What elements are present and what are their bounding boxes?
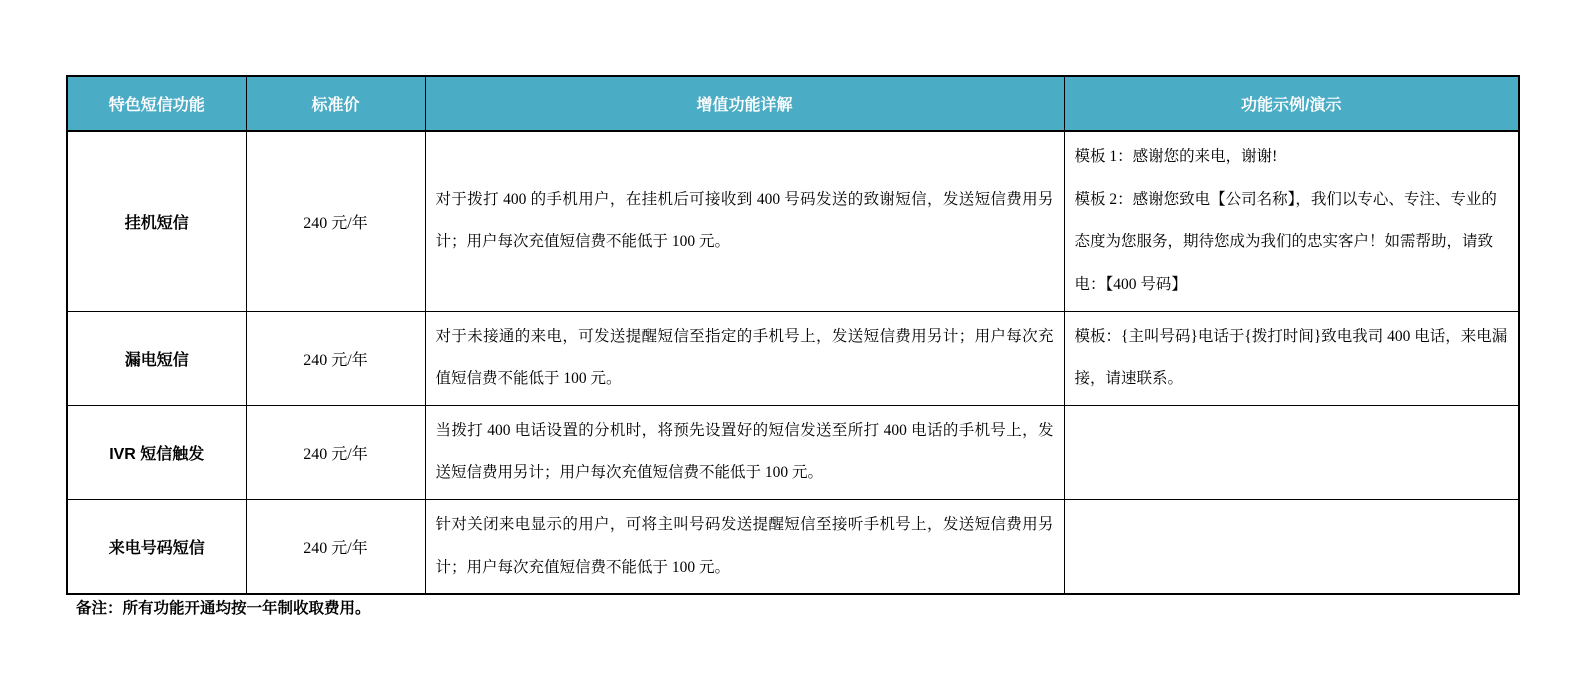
feature-detail: 对于拨打 400 的手机用户，在挂机后可接收到 400 号码发送的致谢短信，发送… <box>425 131 1064 311</box>
price-value: 240 元/年 <box>246 405 425 499</box>
feature-name: IVR 短信触发 <box>67 405 246 499</box>
feature-example: 模板 1：感谢您的来电，谢谢! 模板 2：感谢您致电【公司名称】，我们以专心、专… <box>1064 131 1519 311</box>
feature-detail: 对于未接通的来电，可发送提醒短信至指定的手机号上，发送短信费用另计；用户每次充值… <box>425 311 1064 405</box>
table-row: 漏电短信 240 元/年 对于未接通的来电，可发送提醒短信至指定的手机号上，发送… <box>67 311 1519 405</box>
price-value: 240 元/年 <box>246 131 425 311</box>
feature-detail: 当拨打 400 电话设置的分机时，将预先设置好的短信发送至所打 400 电话的手… <box>425 405 1064 499</box>
table-row: 挂机短信 240 元/年 对于拨打 400 的手机用户，在挂机后可接收到 400… <box>67 131 1519 311</box>
feature-name: 来电号码短信 <box>67 500 246 595</box>
table-row: IVR 短信触发 240 元/年 当拨打 400 电话设置的分机时，将预先设置好… <box>67 405 1519 499</box>
feature-example: 模板：{主叫号码}电话于{拨打时间}致电我司 400 电话，来电漏接，请速联系。 <box>1064 311 1519 405</box>
header-detail-column: 增值功能详解 <box>425 76 1064 131</box>
footer-note: 备注：所有功能开通均按一年制收取费用。 <box>76 596 371 618</box>
feature-example <box>1064 500 1519 595</box>
feature-name: 挂机短信 <box>67 131 246 311</box>
sms-features-pricing-table: 特色短信功能 标准价 增值功能详解 功能示例/演示 挂机短信 240 元/年 对… <box>66 75 1520 595</box>
feature-example <box>1064 405 1519 499</box>
header-feature-column: 特色短信功能 <box>67 76 246 131</box>
document-page: 特色短信功能 标准价 增值功能详解 功能示例/演示 挂机短信 240 元/年 对… <box>0 0 1587 680</box>
header-price-column: 标准价 <box>246 76 425 131</box>
table-header-row: 特色短信功能 标准价 增值功能详解 功能示例/演示 <box>67 76 1519 131</box>
price-value: 240 元/年 <box>246 500 425 595</box>
feature-detail: 针对关闭来电显示的用户，可将主叫号码发送提醒短信至接听手机号上，发送短信费用另计… <box>425 500 1064 595</box>
header-example-column: 功能示例/演示 <box>1064 76 1519 131</box>
feature-name: 漏电短信 <box>67 311 246 405</box>
table-row: 来电号码短信 240 元/年 针对关闭来电显示的用户，可将主叫号码发送提醒短信至… <box>67 500 1519 595</box>
price-value: 240 元/年 <box>246 311 425 405</box>
